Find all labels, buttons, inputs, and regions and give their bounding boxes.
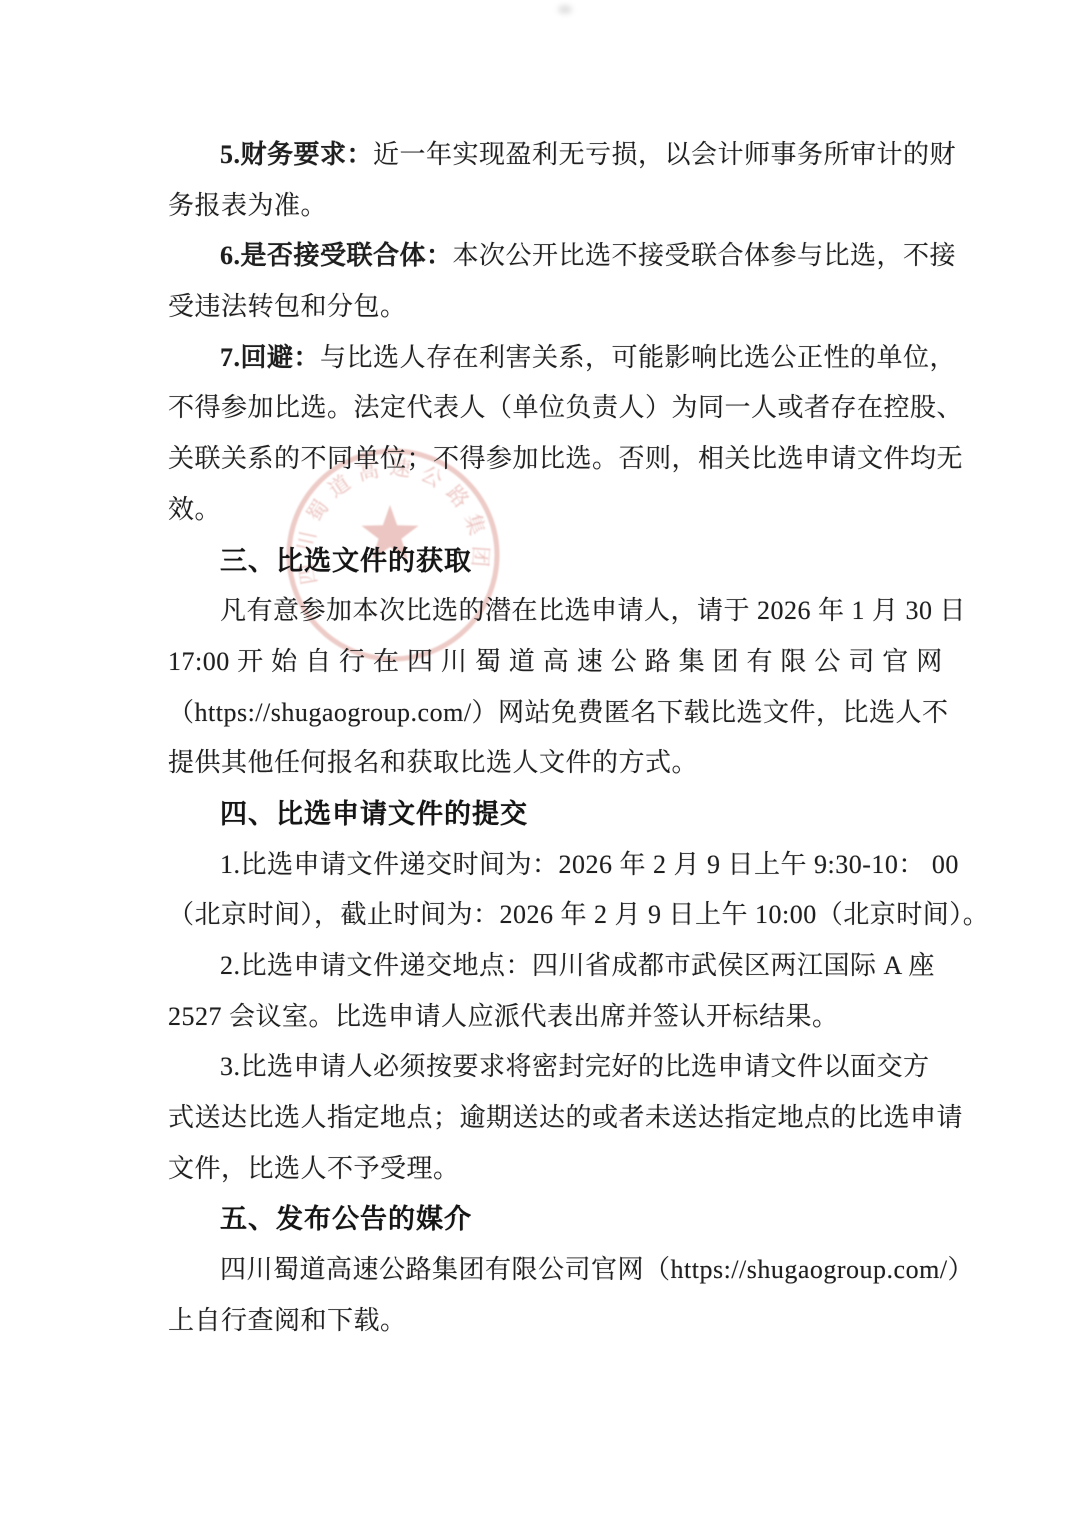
text-segment: 限 bbox=[780, 637, 807, 688]
document-line-6: 不得参加比选。法定代表人（单位负责人）为同一人或者存在控股、 bbox=[168, 383, 943, 434]
text-segment: 提供其他任何报名和获取比选人文件的方式。 bbox=[168, 748, 698, 777]
document-line-14: 四、比选申请文件的提交 bbox=[168, 789, 943, 840]
text-segment: 司 bbox=[848, 637, 875, 688]
text-segment: 速 bbox=[577, 637, 604, 688]
text-segment: 公 bbox=[611, 637, 638, 688]
text-segment: 上自行查阅和下载。 bbox=[168, 1306, 407, 1335]
text-segment: 式送达比选人指定地点；逾期送达的或者未送达指定地点的比选申请 bbox=[168, 1103, 963, 1132]
document-line-21: 文件，比选人不予受理。 bbox=[168, 1144, 943, 1195]
text-segment: 5.财务要求： bbox=[220, 140, 373, 169]
document-line-23: 四川蜀道高速公路集团有限公司官网（https://shugaogroup.com… bbox=[168, 1245, 943, 1296]
document-line-4: 受违法转包和分包。 bbox=[168, 282, 943, 333]
document-line-20: 式送达比选人指定地点；逾期送达的或者未送达指定地点的比选申请 bbox=[168, 1093, 943, 1144]
document-line-13: 提供其他任何报名和获取比选人文件的方式。 bbox=[168, 738, 943, 789]
document-line-7: 关联关系的不同单位；不得参加比选。否则，相关比选申请文件均无 bbox=[168, 434, 943, 485]
text-segment: 17:00 bbox=[168, 637, 230, 688]
text-segment: 高 bbox=[543, 637, 570, 688]
document-line-19: 3.比选申请人必须按要求将密封完好的比选申请文件以面交方 bbox=[168, 1042, 943, 1093]
text-segment: 四川蜀道高速公路集团有限公司官网（https://shugaogroup.com… bbox=[220, 1255, 974, 1284]
text-segment: 官 bbox=[882, 637, 909, 688]
text-segment: 6.是否接受联合体： bbox=[220, 241, 453, 270]
text-segment: 不得参加比选。法定代表人（单位负责人）为同一人或者存在控股、 bbox=[168, 393, 963, 422]
document-line-9: 三、比选文件的获取 bbox=[168, 536, 943, 587]
text-segment: 公 bbox=[814, 637, 841, 688]
text-segment: 川 bbox=[441, 637, 468, 688]
text-segment: （https://shugaogroup.com/）网站免费匿名下载比选文件，比… bbox=[168, 698, 949, 727]
text-segment: 团 bbox=[713, 637, 740, 688]
document-line-8: 效。 bbox=[168, 485, 943, 536]
text-segment: 开 bbox=[237, 637, 264, 688]
text-segment: 本次公开比选不接受联合体参与比选，不接 bbox=[453, 241, 957, 270]
text-segment: 受违法转包和分包。 bbox=[168, 292, 407, 321]
text-segment: 文件，比选人不予受理。 bbox=[168, 1154, 460, 1183]
document-line-18: 2527 会议室。比选申请人应派代表出席并签认开标结果。 bbox=[168, 992, 943, 1043]
text-segment: 道 bbox=[509, 637, 536, 688]
text-segment: 在 bbox=[373, 637, 400, 688]
document-line-11: 17:00开始自行在四川蜀道高速公路集团有限公司官网 bbox=[168, 637, 943, 688]
text-segment: 务报表为准。 bbox=[168, 191, 327, 220]
text-segment: 四、比选申请文件的提交 bbox=[220, 799, 528, 829]
text-segment: 1.比选申请文件递交时间为：2026 年 2 月 9 日上午 9:30-10： … bbox=[220, 850, 959, 879]
text-segment: 三、比选文件的获取 bbox=[220, 546, 472, 576]
text-segment: 关联关系的不同单位；不得参加比选。否则，相关比选申请文件均无 bbox=[168, 444, 963, 473]
text-segment: 始 bbox=[271, 637, 298, 688]
document-line-12: （https://shugaogroup.com/）网站免费匿名下载比选文件，比… bbox=[168, 688, 943, 739]
text-segment: 凡有意参加本次比选的潜在比选申请人，请于 2026 年 1 月 30 日 bbox=[220, 596, 966, 625]
text-segment: 行 bbox=[339, 637, 366, 688]
document-line-15: 1.比选申请文件递交时间为：2026 年 2 月 9 日上午 9:30-10： … bbox=[168, 840, 943, 891]
document-line-22: 五、发布公告的媒介 bbox=[168, 1194, 943, 1245]
text-segment: 效。 bbox=[168, 495, 221, 524]
text-segment: （北京时间），截止时间为：2026 年 2 月 9 日上午 10:00（北京时间… bbox=[168, 900, 989, 929]
document-line-2: 务报表为准。 bbox=[168, 181, 943, 232]
text-segment: 2527 会议室。比选申请人应派代表出席并签认开标结果。 bbox=[168, 1002, 839, 1031]
document-line-10: 凡有意参加本次比选的潜在比选申请人，请于 2026 年 1 月 30 日 bbox=[168, 586, 943, 637]
document-page: 四川蜀道高速公路集团有限公司 5.财务要求：近一年实现盈利无亏损，以会计师事务所… bbox=[0, 0, 1080, 1527]
text-segment: 路 bbox=[645, 637, 672, 688]
document-line-5: 7.回避：与比选人存在利害关系，可能影响比选公正性的单位， bbox=[168, 333, 943, 384]
document-line-24: 上自行查阅和下载。 bbox=[168, 1296, 943, 1347]
text-segment: 自 bbox=[305, 637, 332, 688]
document-line-16: （北京时间），截止时间为：2026 年 2 月 9 日上午 10:00（北京时间… bbox=[168, 890, 943, 941]
text-segment: 五、发布公告的媒介 bbox=[220, 1204, 472, 1234]
text-segment: 蜀 bbox=[475, 637, 502, 688]
text-segment: 网 bbox=[916, 637, 943, 688]
text-segment: 3.比选申请人必须按要求将密封完好的比选申请文件以面交方 bbox=[220, 1052, 930, 1081]
document-body: 5.财务要求：近一年实现盈利无亏损，以会计师事务所审计的财务报表为准。6.是否接… bbox=[168, 130, 943, 1347]
text-segment: 7.回避： bbox=[220, 343, 320, 372]
document-line-3: 6.是否接受联合体：本次公开比选不接受联合体参与比选，不接 bbox=[168, 231, 943, 282]
text-segment: 有 bbox=[746, 637, 773, 688]
document-line-17: 2.比选申请文件递交地点：四川省成都市武侯区两江国际 A 座 bbox=[168, 941, 943, 992]
scan-smudge bbox=[558, 5, 572, 14]
text-segment: 四 bbox=[407, 637, 434, 688]
document-line-1: 5.财务要求：近一年实现盈利无亏损，以会计师事务所审计的财 bbox=[168, 130, 943, 181]
text-segment: 与比选人存在利害关系，可能影响比选公正性的单位， bbox=[320, 343, 956, 372]
text-segment: 近一年实现盈利无亏损，以会计师事务所审计的财 bbox=[373, 140, 956, 169]
text-segment: 集 bbox=[679, 637, 706, 688]
text-segment: 2.比选申请文件递交地点：四川省成都市武侯区两江国际 A 座 bbox=[220, 951, 935, 980]
